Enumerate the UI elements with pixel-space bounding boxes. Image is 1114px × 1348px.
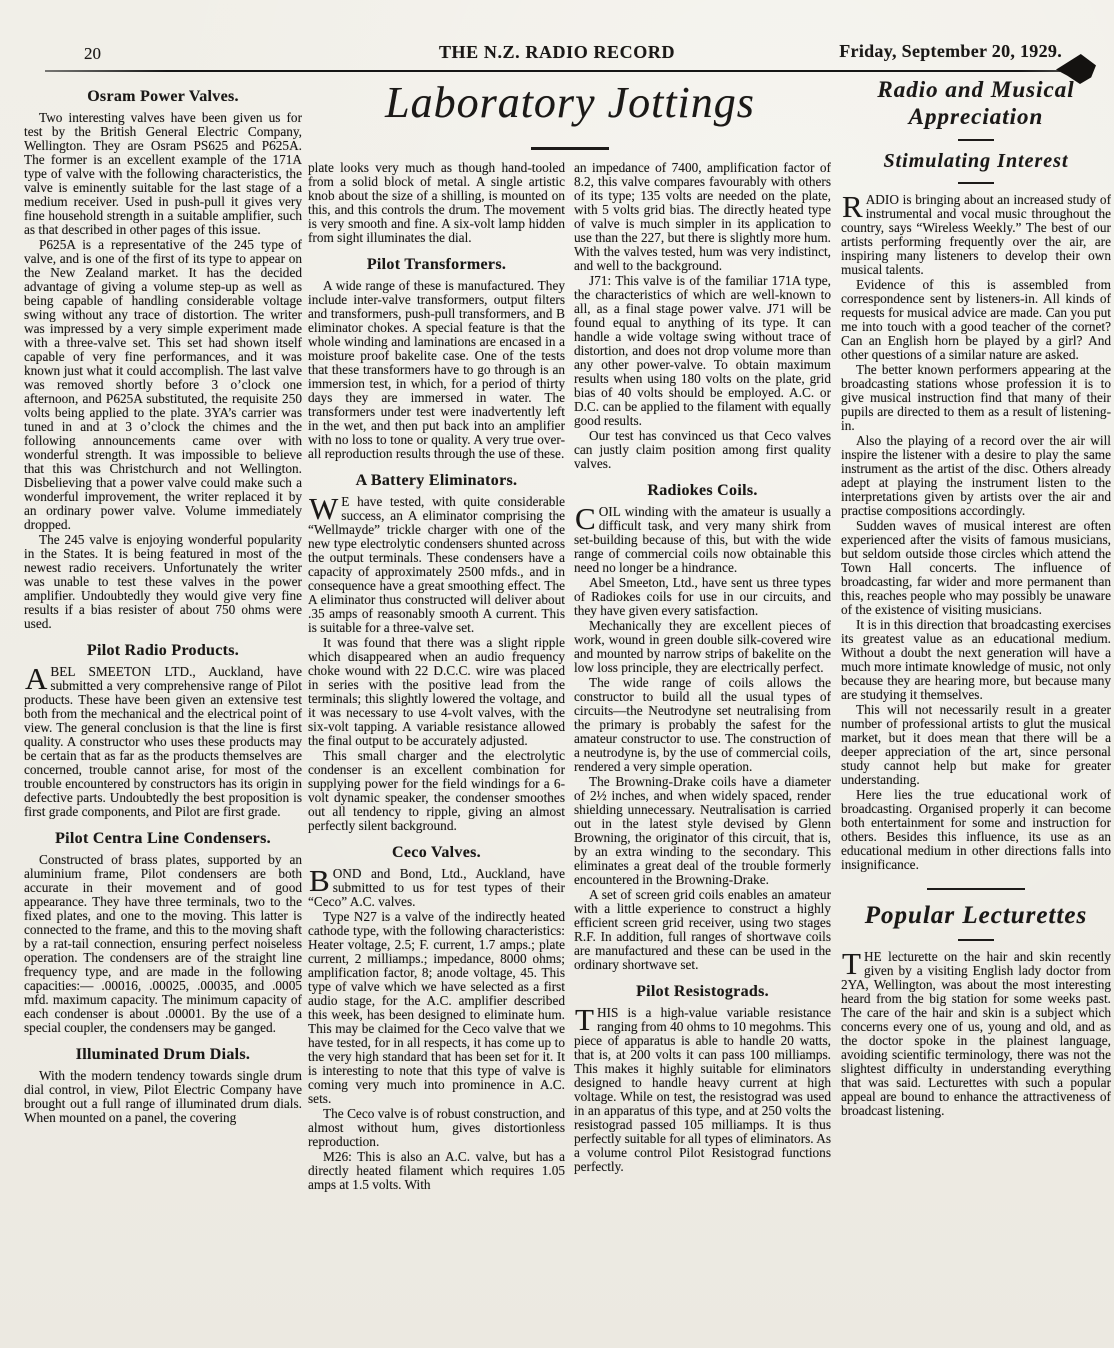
- paragraph-text: ADIO is bringing about an increased stud…: [841, 192, 1111, 277]
- column-4: Radio and Musical Appreciation Stimulati…: [841, 76, 1111, 1342]
- article-paragraph: an impedance of 7400, amplification fact…: [574, 161, 831, 273]
- article-paragraph: plate looks very much as though hand-too…: [308, 161, 565, 245]
- article-paragraph: P625A is a representative of the 245 typ…: [24, 238, 302, 532]
- drop-cap: W: [308, 495, 341, 521]
- subheading-stimulating-interest: Stimulating Interest: [841, 150, 1111, 173]
- article-paragraph: The better known performers appearing at…: [841, 363, 1111, 433]
- article-paragraph: Constructed of brass plates, supported b…: [24, 853, 302, 1035]
- header-divider: [45, 70, 1060, 72]
- heading-pilot-resistograds: Pilot Resistograds.: [574, 983, 831, 1001]
- paragraph-text: HIS is a high-value variable resistance …: [574, 1005, 831, 1174]
- article-paragraph: Two interesting valves have been given u…: [24, 111, 302, 237]
- article-divider: [927, 888, 1025, 890]
- heading-osram-power-valves: Osram Power Valves.: [24, 88, 302, 106]
- article-paragraph: With the modern tendency towards single …: [24, 1069, 302, 1125]
- article-paragraph: A wide range of these is manufactured. T…: [308, 279, 565, 461]
- article-paragraph: J71: This valve is of the familiar 171A …: [574, 274, 831, 428]
- article-paragraph: It was found that there was a slight rip…: [308, 636, 565, 748]
- drop-cap: A: [24, 665, 50, 691]
- article-paragraph: THE lecturette on the hair and skin rece…: [841, 950, 1111, 1118]
- title-underline: [531, 147, 609, 150]
- title-underline: [958, 139, 994, 141]
- paragraph-text: OIL winding with the amateur is usually …: [574, 504, 831, 575]
- heading-a-battery-eliminators: A Battery Eliminators.: [308, 472, 565, 490]
- article-paragraph: RADIO is bringing about an increased stu…: [841, 193, 1111, 277]
- section-title-laboratory-jottings: Laboratory Jottings: [306, 74, 834, 132]
- article-title-popular-lecturettes: Popular Lecturettes: [841, 902, 1111, 930]
- column-2: plate looks very much as though hand-too…: [308, 161, 565, 1342]
- heading-pilot-transformers: Pilot Transformers.: [308, 256, 565, 274]
- article-paragraph: Mechanically they are excellent pieces o…: [574, 619, 831, 675]
- heading-pilot-radio-products: Pilot Radio Products.: [24, 642, 302, 660]
- title-line-2: Appreciation: [909, 104, 1044, 129]
- article-paragraph: ABEL SMEETON LTD., Auckland, have submit…: [24, 665, 302, 819]
- article-paragraph: The wide range of coils allows the const…: [574, 676, 831, 774]
- paragraph-text: HE lecturette on the hair and skin recen…: [841, 949, 1111, 1118]
- paragraph-text: E have tested, with quite considerable s…: [308, 494, 565, 635]
- title-underline: [958, 939, 994, 941]
- heading-radiokes-coils: Radiokes Coils.: [574, 482, 831, 500]
- article-paragraph: Sudden waves of musical interest are oft…: [841, 519, 1111, 617]
- heading-ceco-valves: Ceco Valves.: [308, 844, 565, 862]
- paragraph-text: BEL SMEETON LTD., Auckland, have submitt…: [24, 664, 302, 819]
- article-paragraph: WE have tested, with quite considerable …: [308, 495, 565, 635]
- article-paragraph: Our test has convinced us that Ceco valv…: [574, 429, 831, 471]
- article-paragraph: A set of screen grid coils enables an am…: [574, 888, 831, 972]
- article-paragraph: Also the playing of a record over the ai…: [841, 434, 1111, 518]
- drop-cap: C: [574, 505, 599, 531]
- heading-pilot-centra-line-condensers: Pilot Centra Line Condensers.: [24, 830, 302, 848]
- drop-cap: B: [308, 867, 333, 893]
- article-paragraph: Abel Smeeton, Ltd., have sent us three t…: [574, 576, 831, 618]
- subheading-underline: [958, 182, 994, 184]
- heading-illuminated-drum-dials: Illuminated Drum Dials.: [24, 1046, 302, 1064]
- title-line-1: Radio and Musical: [877, 77, 1074, 102]
- column-3: an impedance of 7400, amplification fact…: [574, 161, 831, 1342]
- article-title-radio-and-musical-appreciation: Radio and Musical Appreciation: [841, 76, 1111, 130]
- drop-cap: R: [841, 193, 866, 219]
- issue-date: Friday, September 20, 1929.: [839, 41, 1062, 62]
- article-paragraph: The 245 valve is enjoying wonderful popu…: [24, 533, 302, 631]
- paragraph-text: OND and Bond, Ltd., Auckland, have submi…: [308, 866, 565, 909]
- column-1: Osram Power Valves. Two interesting valv…: [24, 84, 302, 1342]
- article-paragraph: It is in this direction that broadcastin…: [841, 618, 1111, 702]
- article-paragraph: BOND and Bond, Ltd., Auckland, have subm…: [308, 867, 565, 909]
- article-paragraph: M26: This is also an A.C. valve, but has…: [308, 1150, 565, 1192]
- article-paragraph: Here lies the true educational work of b…: [841, 788, 1111, 872]
- article-paragraph: This will not necessarily result in a gr…: [841, 703, 1111, 787]
- article-paragraph: COIL winding with the amateur is usually…: [574, 505, 831, 575]
- article-paragraph: The Ceco valve is of robust construction…: [308, 1107, 565, 1149]
- article-paragraph: This small charger and the electrolytic …: [308, 749, 565, 833]
- drop-cap: T: [841, 950, 864, 976]
- article-paragraph: THIS is a high-value variable resistance…: [574, 1006, 831, 1174]
- article-paragraph: Type N27 is a valve of the indirectly he…: [308, 910, 565, 1106]
- article-paragraph: Evidence of this is assembled from corre…: [841, 278, 1111, 362]
- newspaper-page: 20 THE N.Z. RADIO RECORD Friday, Septemb…: [0, 0, 1114, 1348]
- drop-cap: T: [574, 1006, 597, 1032]
- article-paragraph: The Browning-Drake coils have a diameter…: [574, 775, 831, 887]
